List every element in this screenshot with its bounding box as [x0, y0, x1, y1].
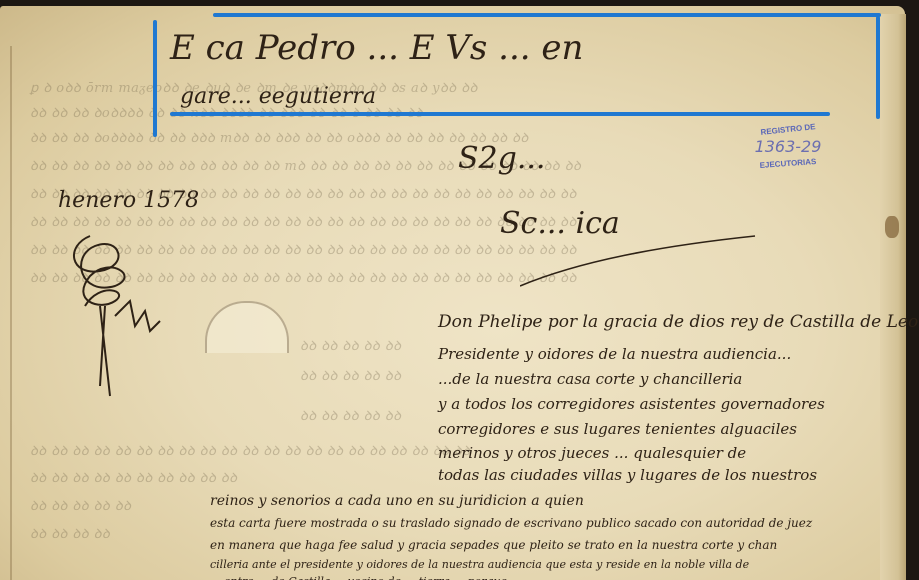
- annotation-box-left-edge: [153, 20, 157, 137]
- signature-flourish-icon: [520, 231, 760, 291]
- margin-date-note: henero 1578: [58, 188, 199, 213]
- header-annotation-line2: gare... eegutierra: [180, 84, 376, 109]
- bleed-through-text: ꝺꝺ ꝺꝺ ꝺꝺ ꝺꝺ ꝺꝺ: [30, 496, 131, 514]
- signature-line1: S2g...: [458, 141, 545, 176]
- body-line: y a todos los corregidores asistentes go…: [438, 395, 825, 413]
- body-line: Presidente y oidores de la nuestra audie…: [438, 345, 791, 363]
- body-line: esta carta fuere mostrada o su traslado …: [210, 516, 812, 530]
- rubric-flourish-icon: [60, 216, 170, 406]
- bleed-through-text: ꝺꝺ ꝺꝺ ꝺꝺ ꝺꝺ: [30, 524, 110, 542]
- page-edge: [880, 14, 906, 580]
- bleed-through-text: ꝺꝺ ꝺꝺ ꝺꝺ ꝺꝺ ꝺꝺ: [300, 406, 401, 424]
- annotation-box-right-edge: [876, 16, 880, 119]
- body-line: merinos y otros jueces ... qualesquier d…: [438, 444, 746, 462]
- stamp-number: 1363-29: [738, 137, 838, 156]
- annotation-box-top-edge: [213, 13, 881, 17]
- body-line: en manera que haga fee salud y gracia se…: [210, 538, 777, 552]
- ink-stain: [885, 216, 899, 238]
- body-line: cilleria ante el presidente y oidores de…: [210, 558, 749, 571]
- bleed-through-text: ꝺꝺ ꝺꝺ ꝺꝺ ꝺꝺ ꝺꝺ ꝺꝺ ꝺꝺ ꝺꝺ ꝺꝺ ꝺꝺ: [30, 468, 237, 486]
- bleed-through-text: ꝺꝺ ꝺꝺ ꝺꝺ ꝺꝺ ꝺꝺ: [300, 336, 401, 354]
- bleed-through-text: ꝺꝺ ꝺꝺ ꝺꝺ ꝺꝺ ꝺꝺ ꝺꝺ ꝺꝺ ꝺꝺ ꝺꝺ ꝺꝺ ꝺꝺ ꝺꝺ ꝺꝺ ꝺ…: [30, 441, 471, 459]
- paper-tear: [205, 301, 289, 353]
- registry-stamp: REGISTRO DE 1363-29 EJECUTORIAS: [738, 123, 838, 187]
- manuscript-page: ꝑ ꝺ oꝺꝺ ōrm maᵹeoꝺꝺ ꝺe ꝺuꝺ ꝺe ꝺm ꝺe yaꝺꝺ…: [0, 6, 905, 580]
- body-line: todas las ciudades villas y lugares de l…: [438, 466, 817, 484]
- body-line: ...de la nuestra casa corte y chanciller…: [438, 370, 742, 388]
- bleed-through-text: ꝺꝺ ꝺꝺ ꝺꝺ ꝺꝺ ꝺꝺ: [300, 366, 401, 384]
- header-annotation-line1: E ca Pedro ... E Vs ... en: [170, 28, 583, 68]
- body-line: corregidores e sus lugares tenientes alg…: [438, 420, 797, 438]
- body-line: Don Phelipe por la gracia de dios rey de…: [438, 312, 919, 332]
- stamp-bottom-text: EJECUTORIAS: [738, 156, 838, 172]
- body-line: reinos y senorios a cada uno en su jurid…: [210, 493, 584, 509]
- annotation-box-bottom-edge: [170, 112, 830, 116]
- body-line: ... entre ... de Castilla ... vecino de …: [210, 575, 507, 580]
- bleed-through-text: ꝺꝺ ꝺꝺ ꝺꝺ ꝺoꝺꝺꝺꝺ ꝺꝺ ꝺꝺ ꝺꝺꝺ mꝺꝺ ꝺꝺ ꝺꝺꝺ ꝺꝺ …: [30, 128, 529, 146]
